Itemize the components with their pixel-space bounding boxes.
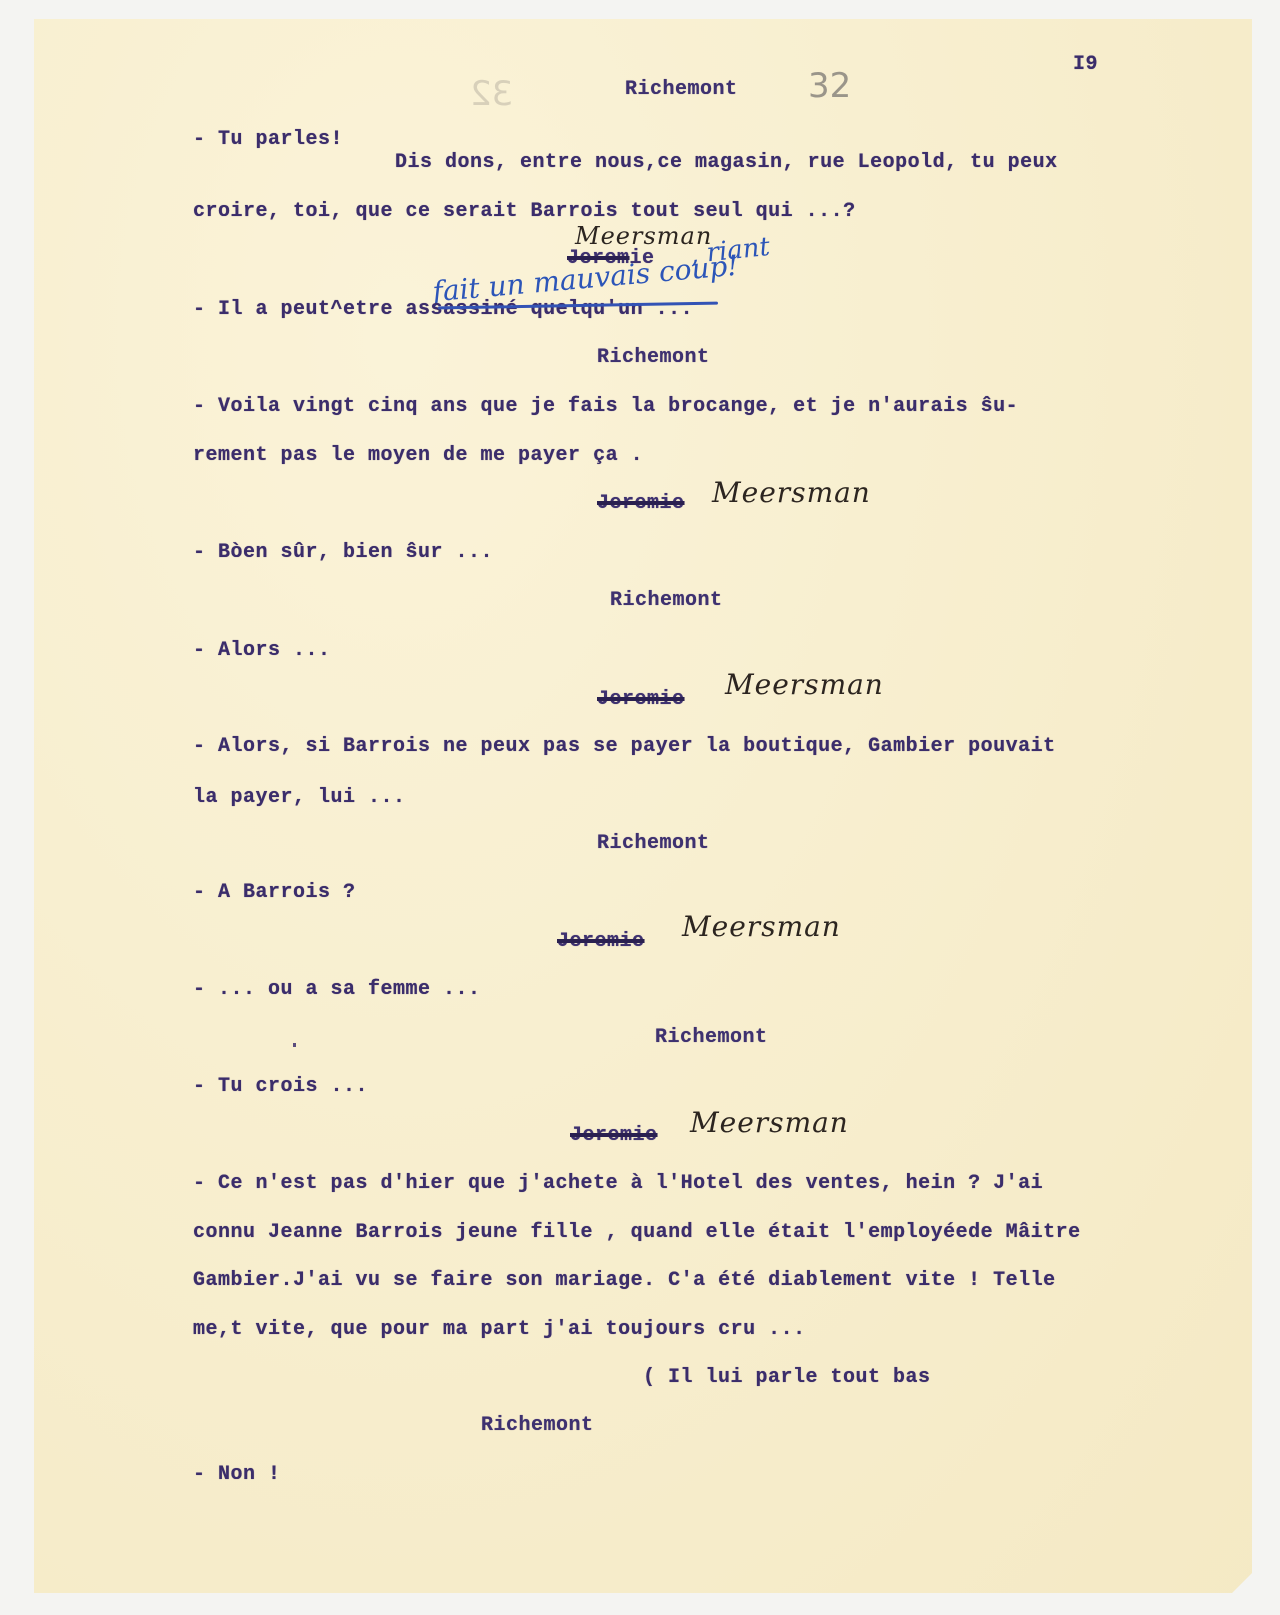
- dialogue-line: - Tu crois ...: [193, 1075, 368, 1098]
- dialogue-line: la payer, lui ...: [193, 786, 406, 809]
- dialogue-line: - Ce n'est pas d'hier que j'achete à l'H…: [193, 1172, 1043, 1195]
- handwritten-speaker-correction: Meersman: [712, 476, 871, 509]
- handwritten-speaker-correction: Meersman: [725, 668, 884, 701]
- struck-speaker-name: Jeremie: [570, 1124, 658, 1147]
- speaker-name: Richemont: [625, 78, 738, 101]
- struck-speaker-name: Jeremie: [557, 930, 645, 953]
- dialogue-line: - Alors, si Barrois ne peux pas se payer…: [193, 735, 1056, 758]
- struck-text: Jeremie: [597, 688, 685, 711]
- stage-direction: ( Il lui parle tout bas: [643, 1366, 931, 1389]
- dialogue-line: - Bòen sûr, bien ŝur ...: [193, 541, 493, 564]
- dialogue-line: - Tu parles!: [193, 128, 343, 151]
- pencil-folio-ghost: 32: [470, 74, 513, 114]
- dialogue-line: me,t vite, que pour ma part j'ai toujour…: [193, 1318, 806, 1341]
- dialogue-line: connu Jeanne Barrois jeune fille , quand…: [193, 1221, 1081, 1244]
- speaker-name: Richemont: [481, 1414, 594, 1437]
- dialogue-line: - Alors ...: [193, 639, 331, 662]
- struck-speaker-name: Jeremie: [597, 688, 685, 711]
- struck-text: Jeremie: [557, 930, 645, 953]
- page-number: I9: [1073, 53, 1098, 76]
- handwritten-speaker-correction: Meersman: [690, 1106, 849, 1139]
- struck-text: Jeremie: [597, 492, 685, 515]
- line-prefix: - Il a peut^etre: [193, 298, 406, 321]
- dialogue-line: croire, toi, que ce serait Barrois tout …: [193, 200, 856, 223]
- dialogue-line: - ... ou a sa femme ...: [193, 978, 481, 1001]
- handwritten-speaker-correction: Meersman: [682, 910, 841, 943]
- dialogue-line: Dis dons, entre nous,ce magasin, rue Leo…: [395, 151, 1058, 174]
- pencil-folio-number: 32: [808, 66, 851, 106]
- dialogue-line: - Il a peut^etre assassiné quelqu'un ...: [193, 298, 693, 321]
- ink-speck: [293, 1043, 296, 1047]
- speaker-name: Richemont: [655, 1026, 768, 1049]
- dialogue-line: rement pas le moyen de me payer ça .: [193, 444, 643, 467]
- struck-text: Jeremie: [570, 1124, 658, 1147]
- struck-speaker-name: Jeremie: [597, 492, 685, 515]
- dialogue-line: - Non !: [193, 1463, 281, 1486]
- struck-text: assassiné quelqu'un: [406, 298, 644, 321]
- dialogue-line: - Voila vingt cinq ans que je fais la br…: [193, 395, 1018, 418]
- dialogue-line: - A Barrois ?: [193, 881, 356, 904]
- dialogue-line: Gambier.J'ai vu se faire son mariage. C'…: [193, 1269, 1056, 1292]
- speaker-name: Richemont: [597, 832, 710, 855]
- speaker-name: Richemont: [610, 589, 723, 612]
- speaker-name: Richemont: [597, 346, 710, 369]
